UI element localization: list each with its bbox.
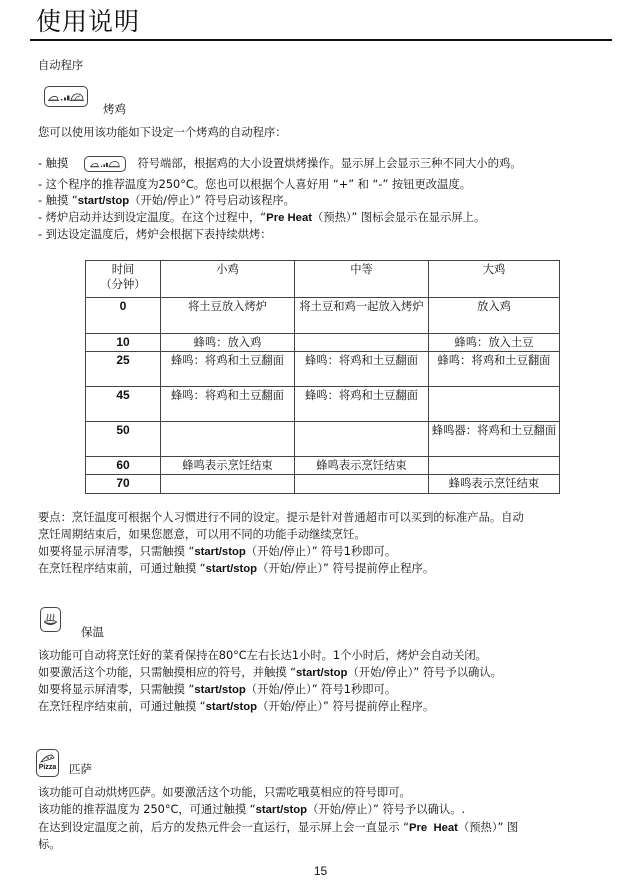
- cell-small: [161, 422, 295, 457]
- note-2: 烹饪周期结束后，如果您愿意，可以用不同的功能手动继续烹饪。: [38, 527, 366, 542]
- pizza-icon: Pizza: [36, 749, 59, 777]
- section-heading: 自动程序: [38, 58, 83, 73]
- header-medium: 中等: [295, 261, 429, 298]
- pizza-line-3: 在达到设定温度之前，后方的发热元件会一直运行，显示屏上会一直显示 “Pre He…: [38, 820, 518, 836]
- step-4: - 烤炉启动并达到设定温度。在这个过程中，“Pre Heat（预热）” 图标会显…: [38, 210, 485, 226]
- table-row: 25 蜂鸣：将鸡和土豆翻面 蜂鸣：将鸡和土豆翻面 蜂鸣：将鸡和土豆翻面: [86, 352, 560, 387]
- cell-small: 将土豆放入烤炉: [161, 298, 295, 334]
- table-header-row: 时间 （分钟） 小鸡 中等 大鸡: [86, 261, 560, 298]
- cell-time: 45: [86, 387, 161, 422]
- page-number: 15: [0, 864, 641, 878]
- cell-time: 10: [86, 334, 161, 352]
- cell-large: 蜂鸣：将鸡和土豆翻面: [429, 352, 560, 387]
- keep-warm-line-2: 如要激活这个功能，只需触摸相应的符号，并触摸 “start/stop（开始/停止…: [38, 665, 502, 681]
- roast-chicken-icon: [84, 156, 126, 172]
- cell-medium: 蜂鸣：将鸡和土豆翻面: [295, 352, 429, 387]
- pizza-line-1: 该功能可自动烘烤匹萨。如要激活这个功能，只需吃哦莫相应的符号即可。: [38, 785, 411, 800]
- cell-time: 25: [86, 352, 161, 387]
- title-divider: [30, 39, 612, 41]
- table-row: 45 蜂鸣：将鸡和土豆翻面 蜂鸣：将鸡和土豆翻面: [86, 387, 560, 422]
- step-2: - 这个程序的推荐温度为250°C。您也可以根据个人喜好用 “+” 和 “-” …: [38, 177, 471, 192]
- keep-warm-line-3: 如要将显示屏清零，只需触摸 “start/stop（开始/停止）” 符号1秒即可…: [38, 682, 396, 698]
- cell-large: 放入鸡: [429, 298, 560, 334]
- pizza-line-4: 标。: [38, 837, 61, 852]
- step-5: - 到达设定温度后，烤炉会根据下表持续烘烤：: [38, 227, 272, 242]
- roast-chicken-program-table: 时间 （分钟） 小鸡 中等 大鸡 0 将土豆放入烤炉 将土豆和鸡一起放入烤炉 放…: [85, 260, 560, 494]
- note-3: 如要将显示屏清零，只需触摸 “start/stop（开始/停止）” 符号1秒即可…: [38, 544, 396, 560]
- cell-medium: 蜂鸣表示烹饪结束: [295, 457, 429, 475]
- roast-chicken-intro: 您可以使用该功能如下设定一个烤鸡的自动程序：: [38, 125, 287, 140]
- roast-chicken-label: 烤鸡: [103, 101, 126, 117]
- cell-medium: 蜂鸣：将鸡和土豆翻面: [295, 387, 429, 422]
- keep-warm-icon: [40, 607, 61, 632]
- pizza-line-2: 该功能的推荐温度为 250°C，可通过触摸 “start/stop（开始/停止）…: [38, 802, 465, 818]
- keep-warm-line-1: 该功能可自动将烹饪好的菜肴保持在80°C左右长达1小时。1个小时后，烤炉会自动关…: [38, 648, 487, 663]
- note-1: 要点：烹饪温度可根据个人习惯进行不同的设定。提示是针对普通超市可以买到的标准产品…: [38, 510, 524, 525]
- cell-small: 蜂鸣表示烹饪结束: [161, 457, 295, 475]
- cell-small: 蜂鸣：将鸡和土豆翻面: [161, 352, 295, 387]
- table-row: 0 将土豆放入烤炉 将土豆和鸡一起放入烤炉 放入鸡: [86, 298, 560, 334]
- pizza-icon-text: Pizza: [39, 764, 57, 772]
- table-row: 60 蜂鸣表示烹饪结束 蜂鸣表示烹饪结束: [86, 457, 560, 475]
- header-small: 小鸡: [161, 261, 295, 298]
- cell-small: [161, 475, 295, 494]
- cell-small: 蜂鸣：将鸡和土豆翻面: [161, 387, 295, 422]
- cell-medium: [295, 475, 429, 494]
- step-1: - 触摸 符号端部，根据鸡的大小设置烘烤操作。显示屏上会显示三种不同大小的鸡。: [38, 156, 522, 172]
- keep-warm-line-4: 在烹饪程序结束前，可通过触摸 “start/stop（开始/停止）” 符号提前停…: [38, 699, 434, 715]
- cell-large: 蜂鸣器：将鸡和土豆翻面: [429, 422, 560, 457]
- header-large: 大鸡: [429, 261, 560, 298]
- cell-large: [429, 387, 560, 422]
- page-title: 使用说明: [36, 6, 140, 38]
- header-time: 时间 （分钟）: [86, 261, 161, 298]
- table-row: 70 蜂鸣表示烹饪结束: [86, 475, 560, 494]
- step-3: - 触摸 “start/stop（开始/停止）” 符号启动该程序。: [38, 193, 295, 209]
- cell-time: 0: [86, 298, 161, 334]
- cell-time: 70: [86, 475, 161, 494]
- table-row: 50 蜂鸣器：将鸡和土豆翻面: [86, 422, 560, 457]
- cell-large: 蜂鸣表示烹饪结束: [429, 475, 560, 494]
- cell-medium: [295, 334, 429, 352]
- pizza-label: 匹萨: [69, 761, 92, 777]
- cell-medium: 将土豆和鸡一起放入烤炉: [295, 298, 429, 334]
- cell-time: 60: [86, 457, 161, 475]
- keep-warm-label: 保温: [81, 624, 104, 640]
- note-4: 在烹饪程序结束前，可通过触摸 “start/stop（开始/停止）” 符号提前停…: [38, 561, 434, 577]
- table-row: 10 蜂鸣：放入鸡 蜂鸣：放入土豆: [86, 334, 560, 352]
- cell-large: [429, 457, 560, 475]
- roast-chicken-icon: [44, 86, 88, 107]
- cell-large: 蜂鸣：放入土豆: [429, 334, 560, 352]
- cell-medium: [295, 422, 429, 457]
- cell-small: 蜂鸣：放入鸡: [161, 334, 295, 352]
- cell-time: 50: [86, 422, 161, 457]
